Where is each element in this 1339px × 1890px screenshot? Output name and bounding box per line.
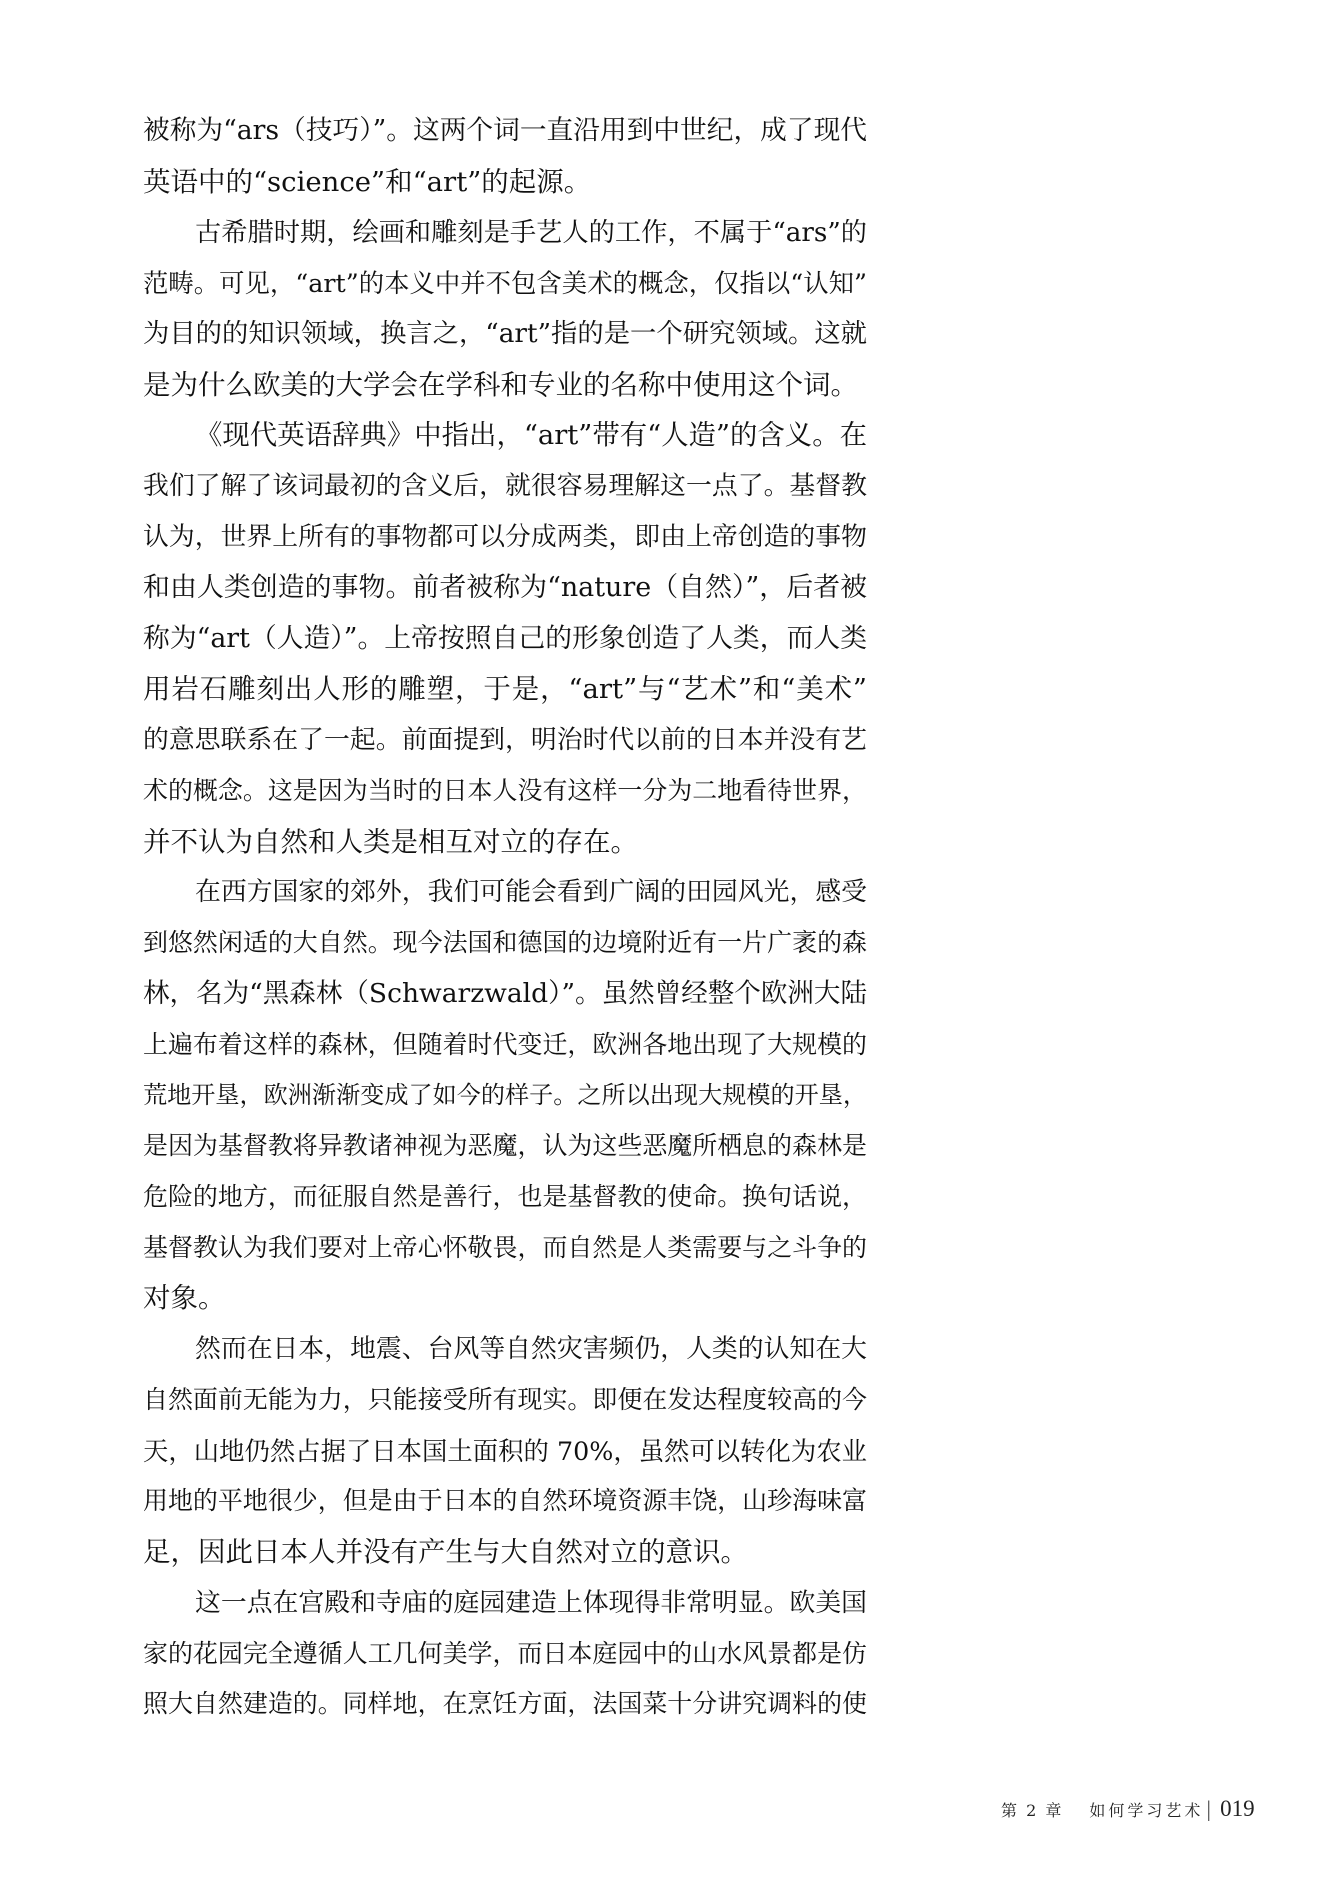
text-line: 足，因此日本人并没有产生与大自然对立的意识。: [143, 1527, 867, 1578]
paragraph-first-line: 然而在日本，地震、台风等自然灾害频仍，人类的认知在大: [143, 1324, 867, 1375]
text-line: 是因为基督教将异教诸神视为恶魔，认为这些恶魔所栖息的森林是: [143, 1121, 867, 1172]
text-line: 和由人类创造的事物。前者被称为“nature（自然）”，后者被: [143, 563, 867, 614]
paragraph-first-line: 这一点在宫殿和寺庙的庭园建造上体现得非常明显。欧美国: [143, 1578, 867, 1629]
page-footer: 第 2 章 如何学习艺术 | 019: [1001, 1796, 1255, 1826]
text-line: 我们了解了该词最初的含义后，就很容易理解这一点了。基督教: [143, 461, 867, 512]
footer-chapter-title: 如何学习艺术: [1089, 1798, 1203, 1821]
body-text: 被称为“ars（技巧）”。这两个词一直沿用到中世纪，成了现代英语中的“scien…: [143, 106, 867, 1730]
text-line: 上遍布着这样的森林，但随着时代变迁，欧洲各地出现了大规模的: [143, 1020, 867, 1071]
book-page: 被称为“ars（技巧）”。这两个词一直沿用到中世纪，成了现代英语中的“scien…: [0, 0, 1339, 1890]
text-line: 术的概念。这是因为当时的日本人没有这样一分为二地看待世界，: [143, 766, 867, 817]
text-line: 为目的的知识领域，换言之，“art”指的是一个研究领域。这就: [143, 309, 867, 360]
text-line: 荒地开垦，欧洲渐渐变成了如今的样子。之所以出现大规模的开垦，: [143, 1070, 867, 1121]
footer-chapter: 第 2 章: [1001, 1798, 1063, 1821]
text-line: 并不认为自然和人类是相互对立的存在。: [143, 817, 867, 868]
footer-separator: |: [1205, 1797, 1212, 1821]
text-line: 照大自然建造的。同样地，在烹饪方面，法国菜十分讲究调料的使: [143, 1679, 867, 1730]
text-line: 危险的地方，而征服自然是善行，也是基督教的使命。换句话说，: [143, 1172, 867, 1223]
text-line: 是为什么欧美的大学会在学科和专业的名称中使用这个词。: [143, 360, 867, 411]
paragraph-first-line: 古希腊时期，绘画和雕刻是手艺人的工作，不属于“ars”的: [143, 208, 867, 259]
text-line: 英语中的“science”和“art”的起源。: [143, 157, 867, 208]
text-line: 称为“art（人造）”。上帝按照自己的形象创造了人类，而人类: [143, 614, 867, 665]
text-line: 被称为“ars（技巧）”。这两个词一直沿用到中世纪，成了现代: [143, 106, 867, 157]
text-line: 基督教认为我们要对上帝心怀敬畏，而自然是人类需要与之斗争的: [143, 1223, 867, 1274]
text-line: 自然面前无能为力，只能接受所有现实。即便在发达程度较高的今: [143, 1375, 867, 1426]
text-line: 的意思联系在了一起。前面提到，明治时代以前的日本并没有艺: [143, 715, 867, 766]
text-line: 用地的平地很少，但是由于日本的自然环境资源丰饶，山珍海味富: [143, 1476, 867, 1527]
text-line: 范畴。可见，“art”的本义中并不包含美术的概念，仅指以“认知”: [143, 258, 867, 309]
text-line: 林，名为“黑森林（Schwarzwald）”。虽然曾经整个欧洲大陆: [143, 969, 867, 1020]
text-line: 到悠然闲适的大自然。现今法国和德国的边境附近有一片广袤的森: [143, 918, 867, 969]
page-number: 019: [1220, 1796, 1255, 1822]
text-line: 用岩石雕刻出人形的雕塑，于是，“art”与“艺术”和“美术”: [143, 664, 867, 715]
paragraph-first-line: 《现代英语辞典》中指出，“art”带有“人造”的含义。在: [143, 411, 867, 462]
paragraph-first-line: 在西方国家的郊外，我们可能会看到广阔的田园风光，感受: [143, 867, 867, 918]
text-line: 对象。: [143, 1273, 867, 1324]
text-line: 认为，世界上所有的事物都可以分成两类，即由上帝创造的事物: [143, 512, 867, 563]
text-line: 家的花园完全遵循人工几何美学，而日本庭园中的山水风景都是仿: [143, 1629, 867, 1680]
text-line: 天，山地仍然占据了日本国土面积的 70%，虽然可以转化为农业: [143, 1426, 867, 1477]
